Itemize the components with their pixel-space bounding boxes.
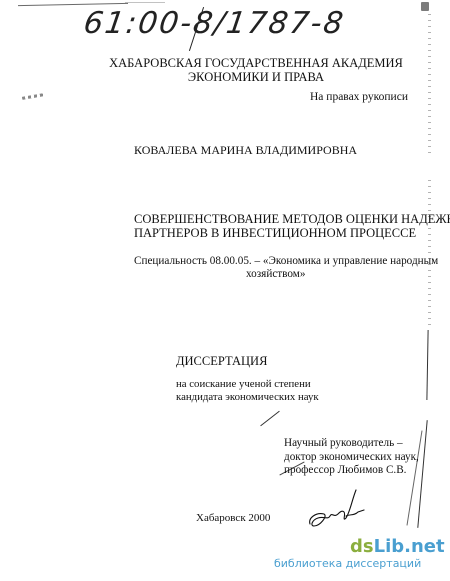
degree-line-2: кандидата экономических наук	[176, 391, 319, 404]
title-line-2: ПАРТНЕРОВ В ИНВЕСТИЦИОННОМ ПРОЦЕССЕ	[134, 226, 416, 240]
pen-mark	[260, 411, 280, 427]
rights-note: На правах рукописи	[310, 91, 408, 103]
archive-number: 61:00-8/1787-8	[82, 6, 348, 41]
scan-artifact-edge	[428, 14, 431, 154]
signature-icon	[306, 486, 368, 530]
document-type: ДИССЕРТАЦИЯ	[176, 354, 267, 369]
specialty-line-1: Специальность 08.00.05. – «Экономика и у…	[134, 255, 438, 268]
specialty-line-2: хозяйством»	[246, 268, 305, 281]
city-year: Хабаровск 2000	[196, 512, 270, 524]
title-line-1: СОВЕРШЕНСТВОВАНИЕ МЕТОДОВ ОЦЕНКИ НАДЕЖНО…	[134, 212, 450, 226]
watermark-brand-part2: Lib.net	[374, 536, 445, 557]
institution-line-2: ЭКОНОМИКИ И ПРАВА	[106, 70, 406, 84]
degree-line-1: на соискание ученой степени	[176, 378, 311, 391]
scan-artifact-edge	[417, 420, 427, 528]
scan-artifact-dashes	[22, 93, 44, 100]
scan-artifact-corner	[421, 2, 429, 11]
author-name: КОВАЛЕВА МАРИНА ВЛАДИМИРОВНА	[134, 143, 357, 158]
supervisor-line-1: Научный руководитель –	[284, 436, 403, 450]
scan-artifact-edge	[426, 330, 429, 400]
watermark-brand: dsLib.net	[350, 536, 445, 557]
watermark-brand-part1: ds	[350, 536, 374, 557]
institution-line-1: ХАБАРОВСКАЯ ГОСУДАРСТВЕННАЯ АКАДЕМИЯ	[106, 56, 406, 70]
supervisor-line-3: профессор Любимов С.В.	[284, 463, 406, 477]
scan-artifact-line	[125, 2, 165, 3]
watermark-subtitle: библиотека диссертаций	[274, 557, 421, 570]
scan-artifact-edge	[406, 431, 422, 526]
supervisor-line-2: доктор экономических наук,	[284, 450, 419, 464]
